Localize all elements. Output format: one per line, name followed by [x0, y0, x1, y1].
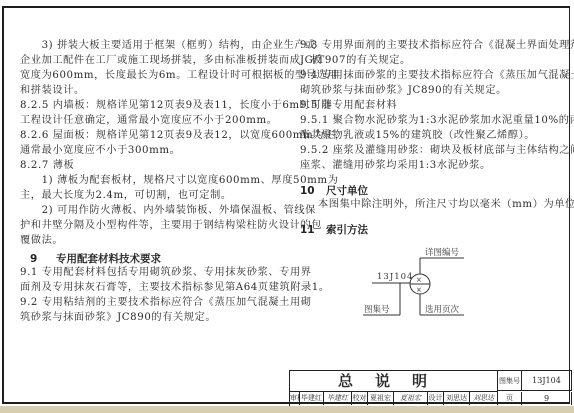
atlas-code-text: 13J104 [377, 272, 413, 282]
text-line: 覆做法。 [20, 233, 63, 248]
section-9-heading: 9专用配套材料技术要求 [30, 251, 161, 266]
review-name: 毕建红 [300, 392, 324, 405]
text-line: 企业加工配件在工厂或施工现场拼装，多由标准板拼装而成，板 [20, 53, 322, 68]
text-line: JG/T907的有关规定。 [300, 53, 411, 68]
text-line: 工程设计任意确定，通常最小宽度应不小于200mm。 [20, 113, 278, 128]
check-name: 夏祖宏 [368, 392, 394, 405]
text-line: 9.1 专用配套材料包括专用砌筑砂浆、专用抹灰砂浆、专用界 [20, 265, 312, 280]
atlas-number-label: 图集号 [364, 304, 390, 315]
text-line: 9.5.2 座浆及灌缝用砂浆：砌块及板材底部与主体结构之间的 [300, 143, 574, 158]
text-line: 主，最大长度为2.4m，可切割，也可定制。 [20, 188, 232, 203]
circle-bottom-mark: × [416, 286, 422, 294]
text-line: 护和井壁分隔及小型构件等，主要用于钢结构梁柱防火设计的包 [20, 218, 322, 233]
circle-top-mark: × [416, 276, 422, 284]
atlas-number-label: 图集号 [498, 371, 522, 391]
text-line: 宽度为600mm，长度最长为6m。工程设计时可根据板的型号选用 [20, 68, 338, 83]
text-line: 筑砂浆与抹面砂浆》JC890的有关规定。 [20, 310, 216, 325]
text-line: 8.2.5 内墙板：规格详见第12页表9及表11，长度小于6m时可随 [20, 98, 332, 113]
atlas-number-value: 13J104 [522, 371, 572, 391]
section-title: 尺寸单位 [326, 185, 368, 197]
section-number: 9 [30, 253, 56, 265]
section-title: 索引方法 [326, 224, 368, 236]
design-signature: 刘思达 [470, 392, 498, 405]
detail-number-label: 详图编号 [425, 247, 460, 258]
text-line: 9.5 非专用配套材料 [300, 98, 397, 113]
check-label: 校对 [352, 392, 368, 405]
section-11-heading: 11索引方法 [300, 222, 368, 237]
section-title: 专用配套材料技术要求 [56, 253, 161, 265]
section-number: 11 [300, 224, 326, 236]
title-block: 总说明 图集号 13J104 审核 毕建红 毕建红 校对 夏祖宏 夏祖宏 设计 … [289, 370, 572, 406]
text-line: 2) 可用作防火薄板、内外墙装饰板、外墙保温板、管线保 [20, 203, 316, 218]
index-method-diagram: 13J104 详图编号 图集号 选用页次 × × [350, 240, 480, 325]
text-line: 座浆、灌缝用砂浆均采用1:3水泥砂浆。 [300, 158, 491, 173]
text-line: 和拼装设计。 [20, 83, 85, 98]
text-line: 9.2 专用粘结剂的主要技术指标应符合《蒸压加气混凝土用砌 [20, 295, 312, 310]
text-line: 本图集中除注明外，所注尺寸均以毫米（mm）为单位。 [318, 197, 574, 212]
text-line: 9.3 专用界面剂的主要技术指标应符合《混凝土界面处理剂》 [300, 38, 574, 53]
review-label: 审核 [290, 392, 300, 405]
design-name: 刘思达 [444, 392, 470, 405]
page-label: 选用页次 [425, 304, 460, 315]
design-label: 设计 [428, 392, 444, 405]
page-label: 页 [498, 392, 522, 405]
text-line: 9.4 专用抹面砂浆的主要技术指标应符合《蒸压加气混凝土用 [300, 68, 574, 83]
check-signature: 夏祖宏 [394, 392, 428, 405]
text-line: 1) 薄板为配套板材，规格尺寸以宽度600mm、厚度50mm为 [20, 173, 338, 188]
section-number: 10 [300, 185, 326, 197]
text-line: 面剂及专用抹灰石膏等，主要技术指标参见第A64页建筑附录1。 [20, 280, 330, 295]
page-value: 9 [522, 392, 572, 405]
review-signature: 毕建红 [324, 392, 352, 405]
text-line: 8.2.6 屋面板：规格详见第12页表9及表12，以宽度600mm为主， [20, 128, 346, 143]
text-line: 8.2.7 薄板 [20, 158, 74, 173]
drawing-title: 总说明 [290, 371, 498, 392]
text-line: 通常最小宽度应不小于300mm。 [20, 143, 180, 158]
page-edge-strip [0, 406, 574, 413]
section-10-heading: 10尺寸单位 [300, 183, 368, 198]
text-line: 酯共聚物乳液或15%的建筑胶（改性聚乙烯醇）。 [300, 128, 535, 143]
text-line: 9.5.1 聚合物水泥砂浆为1:3水泥砂浆加水泥重量10%的丙烯酸 [300, 113, 574, 128]
text-line: 砌筑砂浆与抹面砂浆》JC890的有关规定。 [300, 83, 507, 98]
text-line: 3) 拼装大板主要适用于框架（框剪）结构，由企业生产或 [20, 38, 316, 53]
